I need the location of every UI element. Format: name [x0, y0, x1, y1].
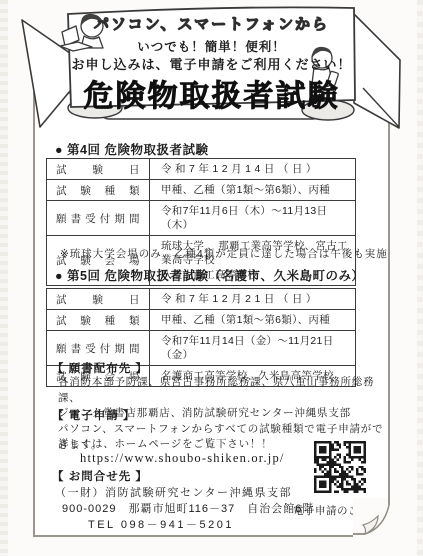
row-label: 試験種類: [47, 310, 150, 331]
row-value: 令 和 7 年 1 2 月 1 4 日 （ 日 ）: [150, 159, 356, 180]
row-label: 試験日: [47, 289, 150, 310]
row-label: 試験日: [47, 159, 150, 180]
website-url-link[interactable]: https://www.shoubo-shiken.or.jp/: [80, 451, 285, 466]
row-value: 令 和 7 年 1 2 月 2 1 日 （ 日 ）: [150, 289, 356, 310]
distribution-title: 【 願書配布先 】: [52, 360, 148, 376]
row-value: 甲種、乙種（第1類～第6類）、丙種: [150, 180, 356, 201]
banner-line2: いつでも！簡単！便利！: [0, 37, 423, 55]
exam5-heading: ● 第5回 危険物取扱者試験（名護市、久米島町のみ）: [55, 266, 364, 284]
banner-line1: パソコン、スマートフォンから: [0, 13, 423, 34]
online-application-title: 【 電子申請 】: [52, 407, 135, 423]
page-title: 危険物取扱者試験: [0, 71, 423, 115]
contact-phone: TEL 098－941－5201: [88, 516, 234, 532]
contact-title: 【 お問合せ先 】: [52, 468, 148, 484]
flyer-page: ● 第4回 危険物取扱者試験 試験日 令 和 7 年 1 2 月 1 4 日 （…: [0, 0, 423, 556]
table-row: 願書受付期間 令和7年11月6日（木）～11月13日（木）: [47, 201, 356, 236]
table-row: 試験日 令 和 7 年 1 2 月 2 1 日 （ 日 ）: [47, 289, 356, 310]
contact-organization: （一財）消防試験研究センター沖縄県支部: [55, 484, 292, 500]
row-value: 甲種、乙種（第1類～第6類）、丙種: [150, 310, 356, 331]
document-sheet: ● 第4回 危険物取扱者試験 試験日 令 和 7 年 1 2 月 1 4 日 （…: [33, 92, 390, 537]
contact-address: 900-0029 那覇市旭町116－37 自治会館6階: [62, 500, 314, 516]
row-label: 願書受付期間: [47, 201, 150, 236]
qr-code: [314, 441, 366, 493]
exam4-note: ※琉球大学会場のみ、乙種4類が定員に達した場合は午後も実施: [60, 246, 388, 261]
table-row: 試験種類 甲種、乙種（第1類～第6類）、丙種: [47, 310, 356, 331]
table-row: 試験日 令 和 7 年 1 2 月 1 4 日 （ 日 ）: [47, 159, 356, 180]
row-label: 試験種類: [47, 180, 150, 201]
row-value: 令和7年11月6日（木）～11月13日（木）: [150, 201, 356, 236]
row-value: 令和7年11月14日（金）～11月21日（金）: [150, 331, 356, 366]
table-row: 試験種類 甲種、乙種（第1類～第6類）、丙種: [47, 180, 356, 201]
